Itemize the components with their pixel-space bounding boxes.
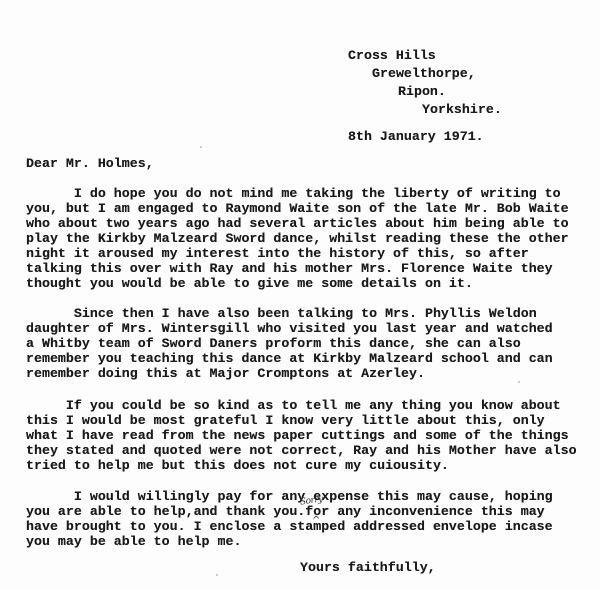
letter-date: 8th January 1971. <box>348 129 484 144</box>
paper-speck <box>216 574 218 576</box>
letter-line: remember doing this at Major Cromptons a… <box>26 366 425 381</box>
letter-line: daughter of Mrs. Wintersgill who visited… <box>26 321 553 336</box>
letter-line: you may be able to help me. <box>26 534 241 549</box>
address-line-2: Grewelthorpe, <box>372 66 476 81</box>
letter-line: talking this over with Ray and his mothe… <box>26 261 553 276</box>
address-line-1: Cross Hills <box>348 48 436 63</box>
letter-line: have brought to you. I enclose a stamped… <box>26 519 553 534</box>
letter-line: a Whitby team of Sword Daners proform th… <box>26 336 521 351</box>
closing: Yours faithfully, <box>300 560 436 575</box>
insertion-caret-mark: ^ <box>312 515 320 526</box>
letter-line: thought you would be able to give me som… <box>26 276 473 291</box>
paper-speck <box>518 381 520 383</box>
letter-line: If you could be so kind as to tell me an… <box>26 398 561 413</box>
letter-line: Since then I have also been talking to M… <box>26 306 537 321</box>
salutation: Dear Mr. Holmes, <box>26 156 154 171</box>
letter-line: they stated and quoted were not correct,… <box>26 443 577 458</box>
typed-letter: Cross Hills Grewelthorpe, Ripon. Yorkshi… <box>0 0 600 589</box>
letter-line: I do hope you do not mind me taking the … <box>26 186 561 201</box>
letter-line: remember you teaching this dance at Kirk… <box>26 351 553 366</box>
letter-line: I would willingly pay for any expense th… <box>26 489 553 504</box>
letter-line: you are able to help,and thank you.for a… <box>26 504 545 519</box>
address-line-3: Ripon. <box>398 84 446 99</box>
letter-line: you, but I am engaged to Raymond Waite s… <box>26 201 569 216</box>
letter-line: play the Kirkby Malzeard Sword dance, wh… <box>26 231 569 246</box>
letter-line: this I would be most grateful I know ver… <box>26 413 545 428</box>
paper-speck <box>200 146 202 148</box>
letter-line: who about two years ago had several arti… <box>26 216 569 231</box>
letter-line: night it aroused my interest into the hi… <box>26 246 529 261</box>
address-line-4: Yorkshire. <box>422 102 502 117</box>
letter-line: what I have read from the news paper cut… <box>26 428 569 443</box>
letter-line: tried to help me but this does not cure … <box>26 458 449 473</box>
